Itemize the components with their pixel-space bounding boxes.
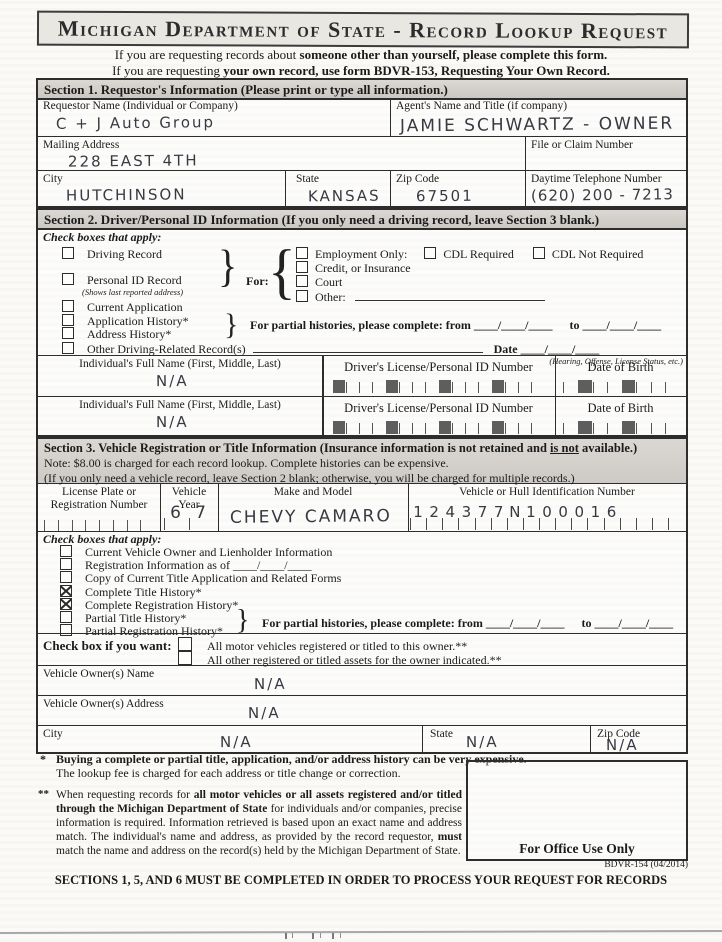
- checkbox-current-application: [62, 300, 74, 312]
- vin-label: Vehicle or Hull Identification Number: [408, 486, 686, 499]
- footnote-double-star-mark: **: [38, 788, 49, 800]
- checkbox-personal-id-row: Personal ID Record: [62, 273, 182, 288]
- divider: [390, 99, 391, 136]
- divider: [285, 171, 286, 207]
- other-label: Other:: [315, 290, 346, 304]
- checkbox-current-application-row: Current Application: [62, 300, 183, 315]
- checkbox-cdl-required: [424, 247, 436, 259]
- checkbox-current-owner-lienholder: [60, 545, 72, 557]
- state-value: KANSAS: [308, 187, 381, 206]
- individual-name-value-1: N/A: [156, 372, 189, 390]
- state-label: State: [296, 173, 319, 186]
- check-instruction: Check boxes that apply:: [43, 231, 161, 244]
- option-other-row: Other:: [296, 289, 545, 305]
- date-label: Date ____/____/____: [494, 342, 600, 356]
- divider: [422, 725, 423, 753]
- divider: [525, 137, 526, 171]
- vin-char: 0: [539, 503, 555, 530]
- phone-value: (620) 200 - 7213: [531, 185, 674, 204]
- owner-city-value: N/A: [220, 733, 253, 751]
- city-value: HUTCHINSON: [66, 185, 187, 204]
- section-1-header: Section 1. Requestor's Information (Plea…: [38, 80, 686, 100]
- make-model-label: Make and Model: [218, 486, 408, 499]
- other-driving-label: Other Driving-Related Record(s): [87, 342, 246, 356]
- requestor-name-value: C + J Auto Group: [56, 113, 215, 133]
- brace-icon: }: [218, 238, 237, 292]
- owner-address-value: N/A: [248, 704, 281, 722]
- section1-row-3: City HUTCHINSON State KANSAS Zip Code 67…: [38, 170, 686, 207]
- vin-char: N: [507, 503, 523, 530]
- owner-name-label: Vehicle Owner(s) Name: [43, 668, 154, 681]
- checkbox-registration-info: [60, 558, 72, 570]
- other-driving-blank: [253, 341, 483, 353]
- mailing-address-value: 228 EAST 4TH: [68, 151, 199, 170]
- checkbox-all-other-assets: [178, 651, 192, 665]
- checkbox-employment-only: [296, 247, 308, 259]
- scan-artifact-line: [0, 930, 722, 933]
- checkbox-complete-registration-history: [60, 598, 72, 610]
- checkbox-copy-title-application: [60, 571, 72, 583]
- vin-char: 7: [475, 503, 491, 530]
- vin-cells: 1 2 4 3 7 7 N 1 0 0 0 1 6: [410, 503, 684, 530]
- plate-boxes: [44, 517, 154, 531]
- owner-zip-value: N/A: [606, 736, 639, 754]
- instruction-line-2: If you are requesting your own record, u…: [0, 63, 722, 79]
- checkbox-driving-record: [62, 247, 74, 259]
- owner-city-label: City: [43, 728, 63, 741]
- zip-value: 67501: [416, 187, 474, 206]
- form-number: BDVR-154 (04/2014): [480, 860, 688, 870]
- checkbox-partial-registration-history: [60, 624, 72, 636]
- scan-artifact-mark: [292, 933, 293, 938]
- checkbox-row-2: Copy of Current Title Application and Re…: [60, 571, 341, 586]
- scanned-form-page: Michigan Department of State - Record Lo…: [0, 0, 722, 942]
- checkbox-court: [296, 275, 308, 287]
- section-2: Section 2. Driver/Personal ID Informatio…: [36, 208, 688, 437]
- checkbox-application-history: [62, 314, 74, 326]
- checkbox-other-driving: [62, 342, 74, 354]
- table-border: [38, 633, 686, 634]
- brace-icon: }: [224, 308, 238, 342]
- id-number-boxes: [332, 419, 544, 434]
- checkbox-cdl-not-required: [533, 247, 545, 259]
- section-1: Section 1. Requestor's Information (Plea…: [36, 78, 688, 208]
- checkbox-partial-title-history: [60, 611, 72, 623]
- checkbox-other: [296, 290, 308, 302]
- phone-label: Daytime Telephone Number: [531, 173, 662, 186]
- vin-char: [636, 503, 652, 530]
- vin-char: 3: [458, 503, 474, 530]
- credit-insurance-label: Credit, or Insurance: [315, 261, 411, 275]
- requestor-name-label: Requestor Name (Individual or Company): [43, 100, 238, 113]
- vin-char: 1: [587, 503, 603, 530]
- vin-char: 2: [426, 503, 442, 530]
- application-history-label: Application History*: [87, 314, 189, 328]
- dl-number-header-2: Driver's License/Personal ID Number: [322, 401, 555, 416]
- year-digit: 6: [164, 503, 189, 530]
- cdl-required-label: CDL Required: [443, 247, 514, 261]
- checkbox-driving-record-row: Driving Record: [62, 247, 162, 262]
- owner-name-value: N/A: [254, 675, 287, 693]
- owner-state-label: State: [430, 728, 453, 741]
- divider: [590, 725, 591, 753]
- employment-only-label: Employment Only:: [315, 247, 407, 261]
- section-3-note: Note: $8.00 is charged for each record l…: [44, 456, 680, 471]
- footnote-star-mark: *: [40, 752, 46, 767]
- personal-id-label: Personal ID Record: [87, 273, 182, 287]
- scan-artifact-mark: [320, 933, 321, 938]
- court-label: Court: [315, 275, 342, 289]
- vin-char: 0: [555, 503, 571, 530]
- table-border: [38, 695, 686, 696]
- vin-char: 0: [571, 503, 587, 530]
- date-note: (Hearing, Offense, License Status, etc.): [508, 356, 683, 366]
- individual-name-header-2: Individual's Full Name (First, Middle, L…: [38, 399, 322, 412]
- option-credit-row: Credit, or Insurance: [296, 261, 411, 276]
- vin-char: [620, 503, 636, 530]
- section1-row-1: Requestor Name (Individual or Company) C…: [38, 99, 686, 136]
- footnote-star-bold: Buying a complete or partial title, appl…: [56, 752, 527, 766]
- address-history-label: Address History*: [87, 327, 171, 341]
- make-model-value: CHEVY CAMARO: [230, 506, 392, 528]
- other-blank: [355, 289, 545, 301]
- divider: [525, 171, 526, 207]
- table-border: [38, 665, 686, 666]
- partial-histories-text: For partial histories, please complete: …: [250, 318, 661, 333]
- dob-boxes: [563, 378, 679, 393]
- dob-boxes: [563, 419, 679, 434]
- cdl-not-required-label: CDL Not Required: [552, 247, 644, 261]
- vin-char: 1: [523, 503, 539, 530]
- table-border: [38, 396, 686, 397]
- zip-label: Zip Code: [396, 173, 439, 186]
- table-border: [38, 725, 686, 726]
- year-digit: 7: [189, 503, 214, 530]
- vin-char: [668, 503, 684, 530]
- form-instructions: If you are requesting records about some…: [0, 47, 722, 79]
- checkbox-address-history-row: Address History*: [62, 327, 171, 342]
- scan-artifact-mark: [312, 933, 314, 939]
- driving-record-label: Driving Record: [87, 247, 162, 261]
- owner-address-label: Vehicle Owner(s) Address: [43, 698, 164, 711]
- agent-name-label: Agent's Name and Title (if company): [396, 100, 567, 113]
- form-title-box: Michigan Department of State - Record Lo…: [37, 11, 689, 49]
- individual-name-value-2: N/A: [156, 413, 189, 431]
- mailing-address-label: Mailing Address: [43, 139, 119, 152]
- scan-artifact-mark: [332, 933, 334, 939]
- footnote-star-rest: The lookup fee is charged for each addre…: [56, 766, 401, 780]
- section-2-header: Section 2. Driver/Personal ID Informatio…: [38, 210, 686, 230]
- section-3: Section 3. Vehicle Registration or Title…: [36, 437, 688, 754]
- section1-row-2: Mailing Address 228 EAST 4TH File or Cla…: [38, 136, 686, 171]
- scan-artifact-mark: [340, 933, 341, 938]
- current-application-label: Current Application: [87, 300, 183, 314]
- divider: [390, 171, 391, 207]
- form-title: Michigan Department of State - Record Lo…: [58, 15, 668, 44]
- individual-name-header-1: Individual's Full Name (First, Middle, L…: [38, 358, 322, 371]
- dob-header-2: Date of Birth: [555, 401, 686, 416]
- option-employment-row: Employment Only: CDL Required CDL Not Re…: [296, 247, 643, 262]
- office-use-box: For Office Use Only: [466, 760, 688, 861]
- partial-histories-text: For partial histories, please complete: …: [262, 616, 673, 631]
- plate-label: License Plate or Registration Number: [38, 486, 160, 512]
- vehicle-year-cells: 6 7: [164, 503, 214, 530]
- office-use-label: For Office Use Only: [468, 841, 686, 857]
- checkbox-address-history: [62, 327, 74, 339]
- vin-char: 4: [442, 503, 458, 530]
- brace-icon: {: [268, 236, 296, 306]
- checkbox-complete-title-history: [60, 585, 72, 597]
- section-3-paren: (If you only need a vehicle record, leav…: [44, 471, 680, 486]
- vin-char: 6: [604, 503, 620, 530]
- instruction-line-1: If you are requesting records about some…: [0, 47, 722, 63]
- file-claim-label: File or Claim Number: [531, 139, 633, 152]
- checkbox-all-motor-vehicles: [178, 637, 192, 651]
- id-number-boxes: [332, 378, 544, 393]
- section-3-header: Section 3. Vehicle Registration or Title…: [38, 439, 686, 484]
- checkbox-personal-id: [62, 273, 74, 285]
- agent-name-value: JAMIE SCHWARTZ - OWNER: [400, 114, 674, 137]
- scan-artifact-mark: [285, 933, 287, 939]
- want-label: Check box if you want:: [43, 638, 172, 654]
- for-label: For:: [246, 274, 269, 289]
- vin-char: 1: [410, 503, 426, 530]
- vin-char: 7: [491, 503, 507, 530]
- vin-char: [652, 503, 668, 530]
- checkbox-credit-insurance: [296, 261, 308, 273]
- option-court-row: Court: [296, 275, 342, 290]
- personal-id-note: (Shows last reported address): [82, 287, 183, 297]
- owner-state-value: N/A: [466, 733, 499, 751]
- city-label: City: [43, 173, 63, 186]
- bottom-required-line: SECTIONS 1, 5, AND 6 MUST BE COMPLETED I…: [0, 873, 722, 888]
